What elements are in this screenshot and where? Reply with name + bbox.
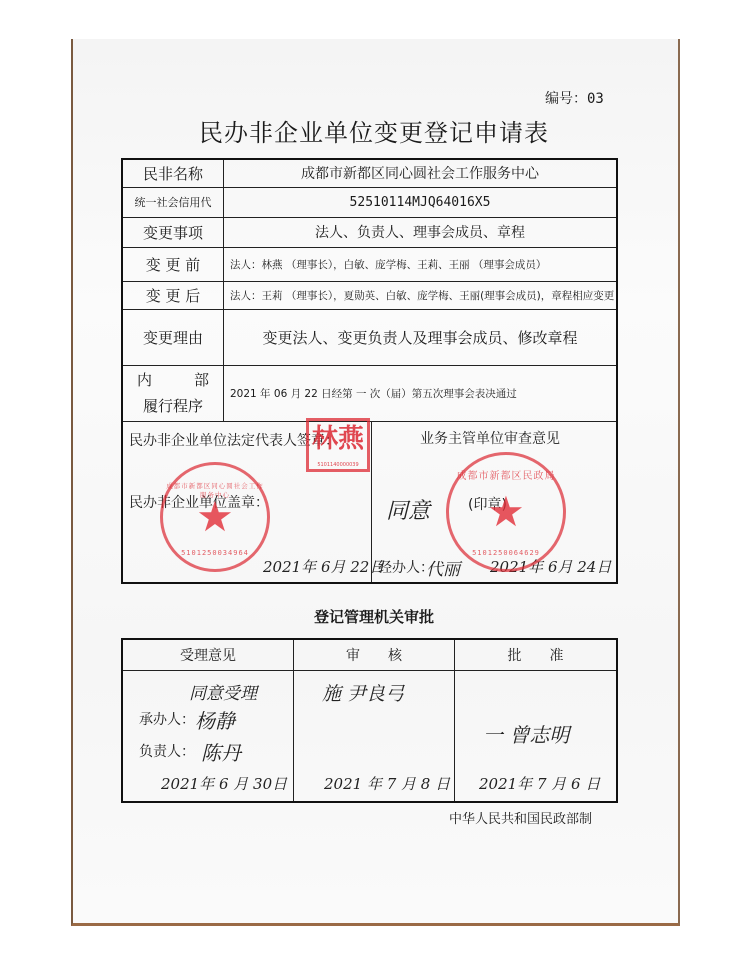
header-approve: 批 准 [455,639,618,671]
bureau-round-seal: 成都市新都区民政局 ★ 5101250064629 [446,452,566,572]
row-credit-code: 统一社会信用代 52510114MJQ64016X5 [122,187,617,217]
review-signature: 施 尹良弓 [322,679,404,706]
row-reason: 变更理由 变更法人、变更负责人及理事会成员、修改章程 [122,309,617,365]
label-change-items: 变更事项 [122,217,224,247]
label-org-name: 民非名称 [122,159,224,187]
accept-date: 2021年 6 月 30日 [161,773,287,794]
approve-signature: 一 曾志明 [483,719,569,748]
label-after: 变 更 后 [122,281,224,309]
personal-seal-code: 5101140000039 [309,462,367,468]
review-date: 2021 年 7 月 8 日 [324,773,450,794]
personal-seal: 林燕 5101140000039 [306,418,370,472]
value-procedure: 2021 年 06 月 22 日经第 一 次（届）第五次理事会表决通过 [224,365,618,421]
accept-handler-label: 承办人： [139,709,195,729]
value-after: 法人：王莉 （理事长），夏勋英、白敏、庞学梅、王丽(理事会成员)，章程相应变更 [224,281,618,309]
footer-issuer: 中华人民共和国民政部制 [449,808,592,827]
row-org-name: 民非名称 成都市新都区同心圆社会工作服务中心 [122,159,617,187]
label-procedure-a: 内 [137,367,152,393]
accept-handler-name: 杨静 [195,705,235,734]
value-org-name: 成都市新都区同心圆社会工作服务中心 [224,159,618,187]
org-round-seal: 成都市新都区同心圆社会工作服务中心 ★ 5101250034964 [160,462,270,572]
personal-seal-name: 林燕 [312,424,364,454]
supervisor-heading: 业务主管单位审查意见 [420,428,560,448]
value-change-items: 法人、负责人、理事会成员、章程 [224,217,618,247]
row-after: 变 更 后 法人：王莉 （理事长），夏勋英、白敏、庞学梅、王丽(理事会成员)，章… [122,281,617,309]
label-credit-code: 统一社会信用代 [122,187,224,217]
accept-responsible-name: 陈丹 [201,737,241,766]
label-before: 变 更 前 [122,247,224,281]
org-seal-code: 5101250034964 [163,549,267,557]
bureau-seal-text: 成都市新都区民政局 [449,467,563,482]
row-procedure: 内部 履行程序 2021 年 06 月 22 日经第 一 次（届）第五次理事会表… [122,365,617,421]
row-change-items: 变更事项 法人、负责人、理事会成员、章程 [122,217,617,247]
approval-body-row: 同意受理 承办人： 杨静 负责人： 陈丹 2021年 6 月 30日 施 尹良弓… [122,671,617,803]
label-procedure-line2: 履行程序 [123,393,223,419]
star-icon: ★ [196,496,234,538]
row-before: 变 更 前 法人：林燕 （理事长），白敏、庞学梅、王莉、王丽 （理事会成员） [122,247,617,281]
value-reason: 变更法人、变更负责人及理事会成员、修改章程 [224,309,618,365]
approval-table: 受理意见 审 核 批 准 同意受理 承办人： 杨静 负责人： 陈丹 2021年 … [121,638,618,803]
accept-cell: 同意受理 承办人： 杨静 负责人： 陈丹 2021年 6 月 30日 [122,671,294,803]
form-title: 民办非企业单位变更登记申请表 [0,113,748,148]
approval-title: 登记管理机关审批 [0,606,748,627]
review-cell: 施 尹良弓 2021 年 7 月 8 日 [294,671,455,803]
header-review: 审 核 [294,639,455,671]
accept-responsible-label: 负责人： [139,741,195,761]
bureau-seal-code: 5101250064629 [449,549,563,557]
approval-header-row: 受理意见 审 核 批 准 [122,639,617,671]
value-credit-code: 52510114MJQ64016X5 [224,187,618,217]
label-reason: 变更理由 [122,309,224,365]
star-icon: ★ [487,491,525,533]
accept-opinion: 同意受理 [189,679,257,704]
label-procedure-b: 部 [194,367,209,393]
label-procedure: 内部 履行程序 [122,365,224,421]
approve-date: 2021年 7 月 6 日 [479,773,600,794]
value-before: 法人：林燕 （理事长），白敏、庞学梅、王莉、王丽 （理事会成员） [224,247,618,281]
supervisor-opinion: 同意 [386,494,430,525]
serial-number: 编号：03 [545,88,604,108]
handler-name: 代丽 [426,555,460,580]
header-accept: 受理意见 [122,639,294,671]
approve-cell: 一 曾志明 2021年 7 月 6 日 [455,671,618,803]
org-sign-date: 2021年 6月 22日 [263,556,384,577]
